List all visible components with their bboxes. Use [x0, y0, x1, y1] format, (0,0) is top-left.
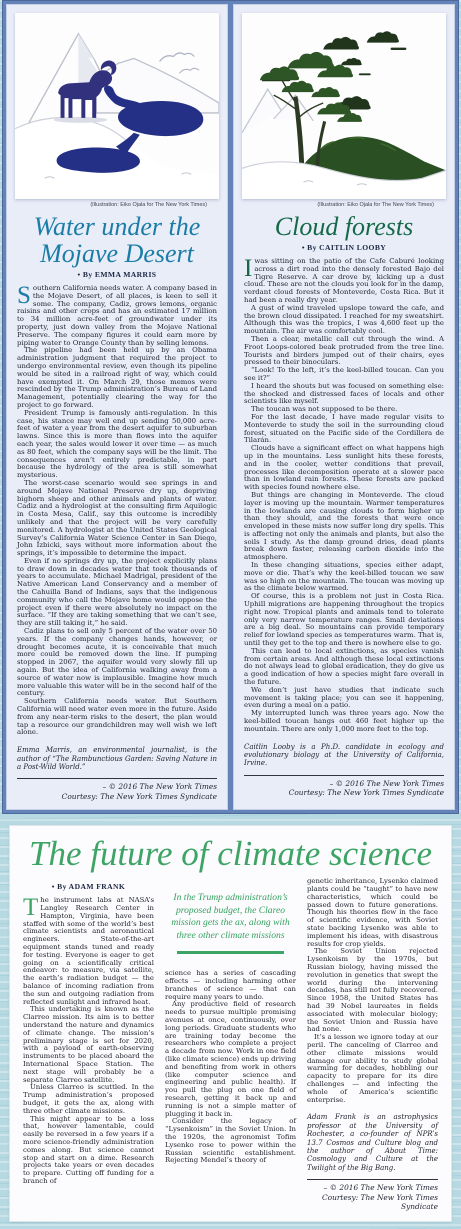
drop-cap: S: [17, 285, 33, 306]
article-title-cloud-forests: Cloud forests: [244, 213, 444, 240]
author-bio-cloud-forests: Caitlin Looby is a Ph.D. candidate in ec…: [244, 743, 444, 768]
drop-cap: I: [244, 258, 254, 279]
paragraph: In these changing situations, species ei…: [244, 562, 444, 593]
mojave-illustration: [15, 13, 219, 199]
paragraph: “Look! To the left, it’s the keel-billed…: [244, 367, 444, 383]
article-body-col3: genetic inheritance, Lysenko claimed pla…: [307, 878, 438, 1104]
paragraph: I heard the shouts but was focused on so…: [244, 383, 444, 406]
paragraph: Then a clear, metallic call cut through …: [244, 336, 444, 367]
cloud-forest-illustration: [242, 13, 446, 199]
paragraph: President Trump is famously anti-regulat…: [17, 410, 217, 480]
paragraph: The Soviet Union rejected Lysenkoism by …: [307, 948, 438, 1034]
drop-cap: T: [23, 897, 40, 918]
top-article-row: (Illustration: Eiko Ojala for The New Yo…: [2, 0, 459, 814]
paragraph: Unless Clarreo is scuttled. In the Trump…: [23, 1084, 154, 1115]
paragraph: Any productive field of research needs t…: [165, 1001, 296, 1118]
paragraph: Southern California needs water. But Sou…: [17, 698, 217, 737]
three-column-layout: • By ADAM FRANK The instrument labs at N…: [23, 878, 438, 1211]
paragraph: My interrupted lunch was three years ago…: [244, 710, 444, 733]
bighorn-sheep-papercut-art: [15, 13, 219, 199]
column-1: • By ADAM FRANK The instrument labs at N…: [23, 878, 154, 1211]
copyright-line: – © 2016 The New York Times: [307, 1183, 438, 1192]
copyright-block: – © 2016 The New York Times Courtesy: Th…: [17, 782, 217, 801]
paragraph: Of course, this is a problem not just in…: [244, 593, 444, 648]
copyright-block: – © 2016 The New York Times Courtesy: Th…: [307, 1183, 438, 1211]
column-3: genetic inheritance, Lysenko claimed pla…: [307, 878, 438, 1211]
paragraph: This can lead to local extinctions, as s…: [244, 648, 444, 687]
footer-rule: [244, 775, 444, 776]
courtesy-line: Courtesy: The New York Times Syndicate: [307, 1193, 438, 1212]
article-title-mojave: Water under the Mojave Desert: [17, 213, 217, 267]
article-body-col1: The instrument labs at NASA’s Langley Re…: [23, 897, 154, 1185]
article-body-cloud-forests: I was sitting on the patio of the Cafe C…: [244, 258, 444, 734]
pull-quote-rule: [177, 951, 284, 954]
paragraph: The instrument labs at NASA’s Langley Re…: [23, 897, 154, 1006]
pull-quote: In the Trump administration’s proposed b…: [167, 892, 294, 942]
article-body-col2: science has a series of cascading effect…: [165, 970, 296, 1165]
paragraph: Even if no springs dry up, the project e…: [17, 558, 217, 628]
paragraph: This undertaking is known as the Clarreo…: [23, 1006, 154, 1084]
paragraph: The worst-case scenario would see spring…: [17, 480, 217, 558]
article-panel-cloud-forests: (Illustration: Eiko Ojala for The New Yo…: [233, 4, 455, 810]
column-2: In the Trump administration’s proposed b…: [165, 878, 296, 1211]
paragraph: The pipeline had been held up by an Obam…: [17, 347, 217, 409]
footer-rule: [307, 1179, 438, 1180]
byline-emma-marris: • By EMMA MARRIS: [17, 270, 217, 279]
paragraph: We don’t just have studies that indicate…: [244, 687, 444, 710]
illustration-credit: (Illustration: Eiko Ojala for The New Yo…: [27, 201, 207, 209]
byline-adam-frank: • By ADAM FRANK: [23, 882, 154, 891]
author-bio-climate-science: Adam Frank is an astrophysics professor …: [307, 1113, 438, 1172]
paragraph: I was sitting on the patio of the Cafe C…: [244, 258, 444, 305]
copyright-block: – © 2016 The New York Times Courtesy: Th…: [244, 779, 444, 798]
footer-rule: [17, 778, 217, 779]
paragraph: science has a series of cascading effect…: [165, 970, 296, 1001]
courtesy-line: Courtesy: The New York Times Syndicate: [244, 788, 444, 797]
illustration-credit: (Illustration: Eiko Ojala for The New Yo…: [254, 201, 434, 209]
paragraph: genetic inheritance, Lysenko claimed pla…: [307, 878, 438, 948]
paragraph: Consider the legacy of “Lysenkoism” in t…: [165, 1118, 296, 1165]
article-panel-climate-science: The future of climate science • By ADAM …: [10, 826, 451, 1221]
paragraph: Cadiz plans to sell only 5 percent of th…: [17, 628, 217, 698]
paragraph: For the last decade, I have made regular…: [244, 414, 444, 445]
cloud-forest-papercut-art: [242, 13, 446, 199]
copyright-line: – © 2016 The New York Times: [17, 782, 217, 791]
paragraph: Clouds have a significant effect on what…: [244, 445, 444, 492]
article-title-climate-science: The future of climate science: [23, 834, 438, 874]
paragraph: Southern California needs water. A compa…: [17, 285, 217, 347]
courtesy-line: Courtesy: The New York Times Syndicate: [17, 792, 217, 801]
paragraph: But things are changing in Monteverde. T…: [244, 492, 444, 562]
author-bio-mojave: Emma Marris, an environmental journalist…: [17, 746, 217, 771]
paragraph: This might appear to be a loss that, how…: [23, 1116, 154, 1186]
byline-caitlin-looby: • By CAITLIN LOOBY: [244, 243, 444, 252]
copyright-line: – © 2016 The New York Times: [244, 779, 444, 788]
paragraph: A gust of wind traveled upslope toward t…: [244, 305, 444, 336]
article-panel-mojave-water: (Illustration: Eiko Ojala for The New Yo…: [6, 4, 228, 810]
article-body-mojave: Southern California needs water. A compa…: [17, 285, 217, 737]
paragraph: It’s a lesson we ignore today at our per…: [307, 1034, 438, 1104]
